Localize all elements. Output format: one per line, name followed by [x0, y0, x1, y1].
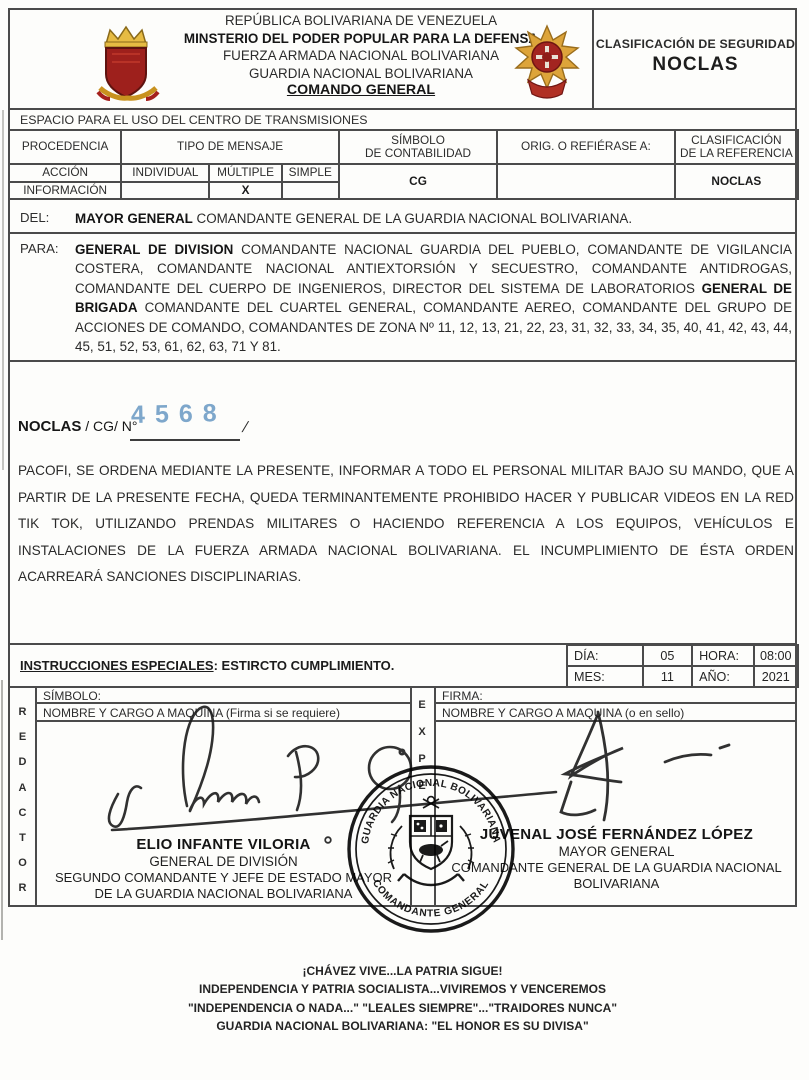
signer-title-1: COMANDANTE GENERAL DE LA GUARDIA NACIONA…: [436, 860, 797, 876]
individual-cell-empty: [121, 182, 209, 200]
row-accion: ACCIÓN: [9, 164, 121, 182]
classification-box: CLASIFICACIÓN DE SEGURIDAD NOCLAS: [592, 10, 797, 108]
classification-label: CLASIFICACIÓN DE SEGURIDAD: [594, 37, 797, 51]
scan-edge-artifact: [2, 110, 4, 470]
signer-rank: MAYOR GENERAL: [436, 843, 797, 860]
reference-line: NOCLAS / CG/ N°: [18, 418, 138, 435]
col-tipo-mensaje: TIPO DE MENSAJE: [121, 130, 339, 164]
row-informacion: INFORMACIÓN: [9, 182, 121, 200]
gnb-coat-of-arms-icon: [92, 22, 164, 104]
signer-name-block: JUVENAL JOSÉ FERNÁNDEZ LÓPEZ MAYOR GENER…: [436, 826, 797, 892]
sub-multiple: MÚLTIPLE: [209, 164, 281, 182]
stamped-message-number: 4568: [131, 399, 227, 430]
motto-line-1: ¡CHÁVEZ VIVE...LA PATRIA SIGUE!: [8, 962, 797, 980]
para-label: PARA:: [20, 241, 59, 256]
mes-label: MES:: [567, 666, 643, 687]
gnb-star-insignia-icon: [514, 24, 580, 102]
redactor-name-block: ELIO INFANTE VILORIA GENERAL DE DIVISIÓN…: [37, 836, 410, 902]
col-simbolo: SÍMBOLO DE CONTABILIDAD: [339, 130, 497, 164]
simbolo-value: CG: [339, 164, 497, 199]
order-paragraph: PACOFI, SE ORDENA MEDIANTE LA PRESENTE, …: [18, 458, 794, 591]
col-clasificacion-referencia: CLASIFICACIÓN DE LA REFERENCIA: [675, 130, 798, 164]
firma-label: FIRMA:: [436, 688, 797, 704]
redactor-rank: GENERAL DE DIVISIÓN: [37, 853, 410, 870]
number-underline: [130, 439, 240, 441]
signer-name: JUVENAL JOSÉ FERNÁNDEZ LÓPEZ: [436, 826, 797, 843]
hora-value: 08:00: [754, 645, 798, 666]
message-form: REPÚBLICA BOLIVARIANA DE VENEZUELA MINST…: [8, 8, 797, 907]
transmission-center-bar: ESPACIO PARA EL USO DEL CENTRO DE TRANSM…: [10, 110, 795, 131]
form-header: REPÚBLICA BOLIVARIANA DE VENEZUELA MINST…: [10, 10, 795, 110]
multiple-x-mark: X: [209, 182, 281, 200]
nombre-cargo-left-label: NOMBRE Y CARGO A MAQUINA (Firma si se re…: [37, 704, 410, 722]
comando-general-title: COMANDO GENERAL: [170, 82, 552, 100]
ano-value: 2021: [754, 666, 798, 687]
message-body: NOCLAS / CG/ N° 4568 / PACOFI, SE ORDENA…: [10, 362, 795, 645]
signer-title-2: BOLIVARIANA: [436, 876, 797, 892]
simple-cell-empty: [282, 182, 339, 200]
transmission-table: PROCEDENCIA TIPO DE MENSAJE SÍMBOLO DE C…: [8, 129, 799, 200]
ano-label: AÑO:: [692, 666, 754, 687]
signature-section: RE DA CT OR EX PE SÍMBOLO: NOMBRE Y CARG…: [10, 688, 795, 905]
dia-value: 05: [643, 645, 692, 666]
right-signature-icon: [515, 702, 745, 842]
closing-slash: /: [240, 419, 250, 436]
redactor-vertical-letters: RE DA CT OR: [10, 700, 35, 902]
col-orig-refierase: ORIG. O REFIÉRASE A:: [497, 130, 674, 164]
nombre-cargo-right-label: NOMBRE Y CARGO A MAQUINA (o en sello): [436, 704, 797, 722]
motto-line-4: GUARDIA NACIONAL BOLIVARIANA: "EL HONOR …: [8, 1017, 797, 1035]
redactor-title-1: SEGUNDO COMANDANTE Y JEFE DE ESTADO MAYO…: [37, 870, 410, 886]
motto-line-3: "INDEPENDENCIA O NADA..." "LEALES SIEMPR…: [8, 999, 797, 1017]
simbolo-label: SÍMBOLO:: [37, 688, 410, 704]
redactor-name: ELIO INFANTE VILORIA: [37, 836, 410, 853]
del-row: DEL: MAYOR GENERAL COMANDANTE GENERAL DE…: [10, 202, 795, 234]
col-procedencia: PROCEDENCIA: [9, 130, 121, 164]
special-instructions-row: INSTRUCCIONES ESPECIALES: ESTIRCTO CUMPL…: [10, 645, 795, 688]
footer-mottos: ¡CHÁVEZ VIVE...LA PATRIA SIGUE! INDEPEND…: [8, 962, 797, 1036]
special-instructions: INSTRUCCIONES ESPECIALES: ESTIRCTO CUMPL…: [20, 658, 394, 673]
scanned-document-page: REPÚBLICA BOLIVARIANA DE VENEZUELA MINST…: [0, 0, 809, 1080]
sub-individual: INDIVIDUAL: [121, 164, 209, 182]
para-text: GENERAL DE DIVISION COMANDANTE NACIONAL …: [75, 240, 792, 356]
expe-vertical-letters: EX PE: [410, 692, 434, 800]
motto-line-2: INDEPENDENCIA Y PATRIA SOCIALISTA...VIVI…: [8, 980, 797, 998]
dia-label: DÍA:: [567, 645, 643, 666]
redactor-title-2: DE LA GUARDIA NACIONAL BOLIVARIANA: [37, 886, 410, 902]
classification-value: NOCLAS: [594, 54, 797, 76]
del-text: MAYOR GENERAL COMANDANTE GENERAL DE LA G…: [75, 209, 792, 228]
del-label: DEL:: [20, 210, 49, 225]
date-time-table: DÍA: 05 HORA: 08:00 MES: 11 AÑO: 2021: [566, 644, 799, 688]
para-row: PARA: GENERAL DE DIVISION COMANDANTE NAC…: [10, 234, 795, 362]
scan-edge-artifact: [1, 680, 3, 940]
sub-simple: SIMPLE: [282, 164, 339, 182]
clasificacion-value: NOCLAS: [675, 164, 798, 199]
republic-title: REPÚBLICA BOLIVARIANA DE VENEZUELA: [170, 12, 552, 30]
fanb-title: FUERZA ARMADA NACIONAL BOLIVARIANA: [170, 47, 552, 65]
ministry-titles: REPÚBLICA BOLIVARIANA DE VENEZUELA MINST…: [170, 12, 552, 100]
mes-value: 11: [643, 666, 692, 687]
orig-value-empty: [497, 164, 674, 199]
hora-label: HORA:: [692, 645, 754, 666]
gnb-title: GUARDIA NACIONAL BOLIVARIANA: [170, 65, 552, 83]
ministry-title: MINSTERIO DEL PODER POPULAR PARA LA DEFE…: [170, 30, 552, 48]
